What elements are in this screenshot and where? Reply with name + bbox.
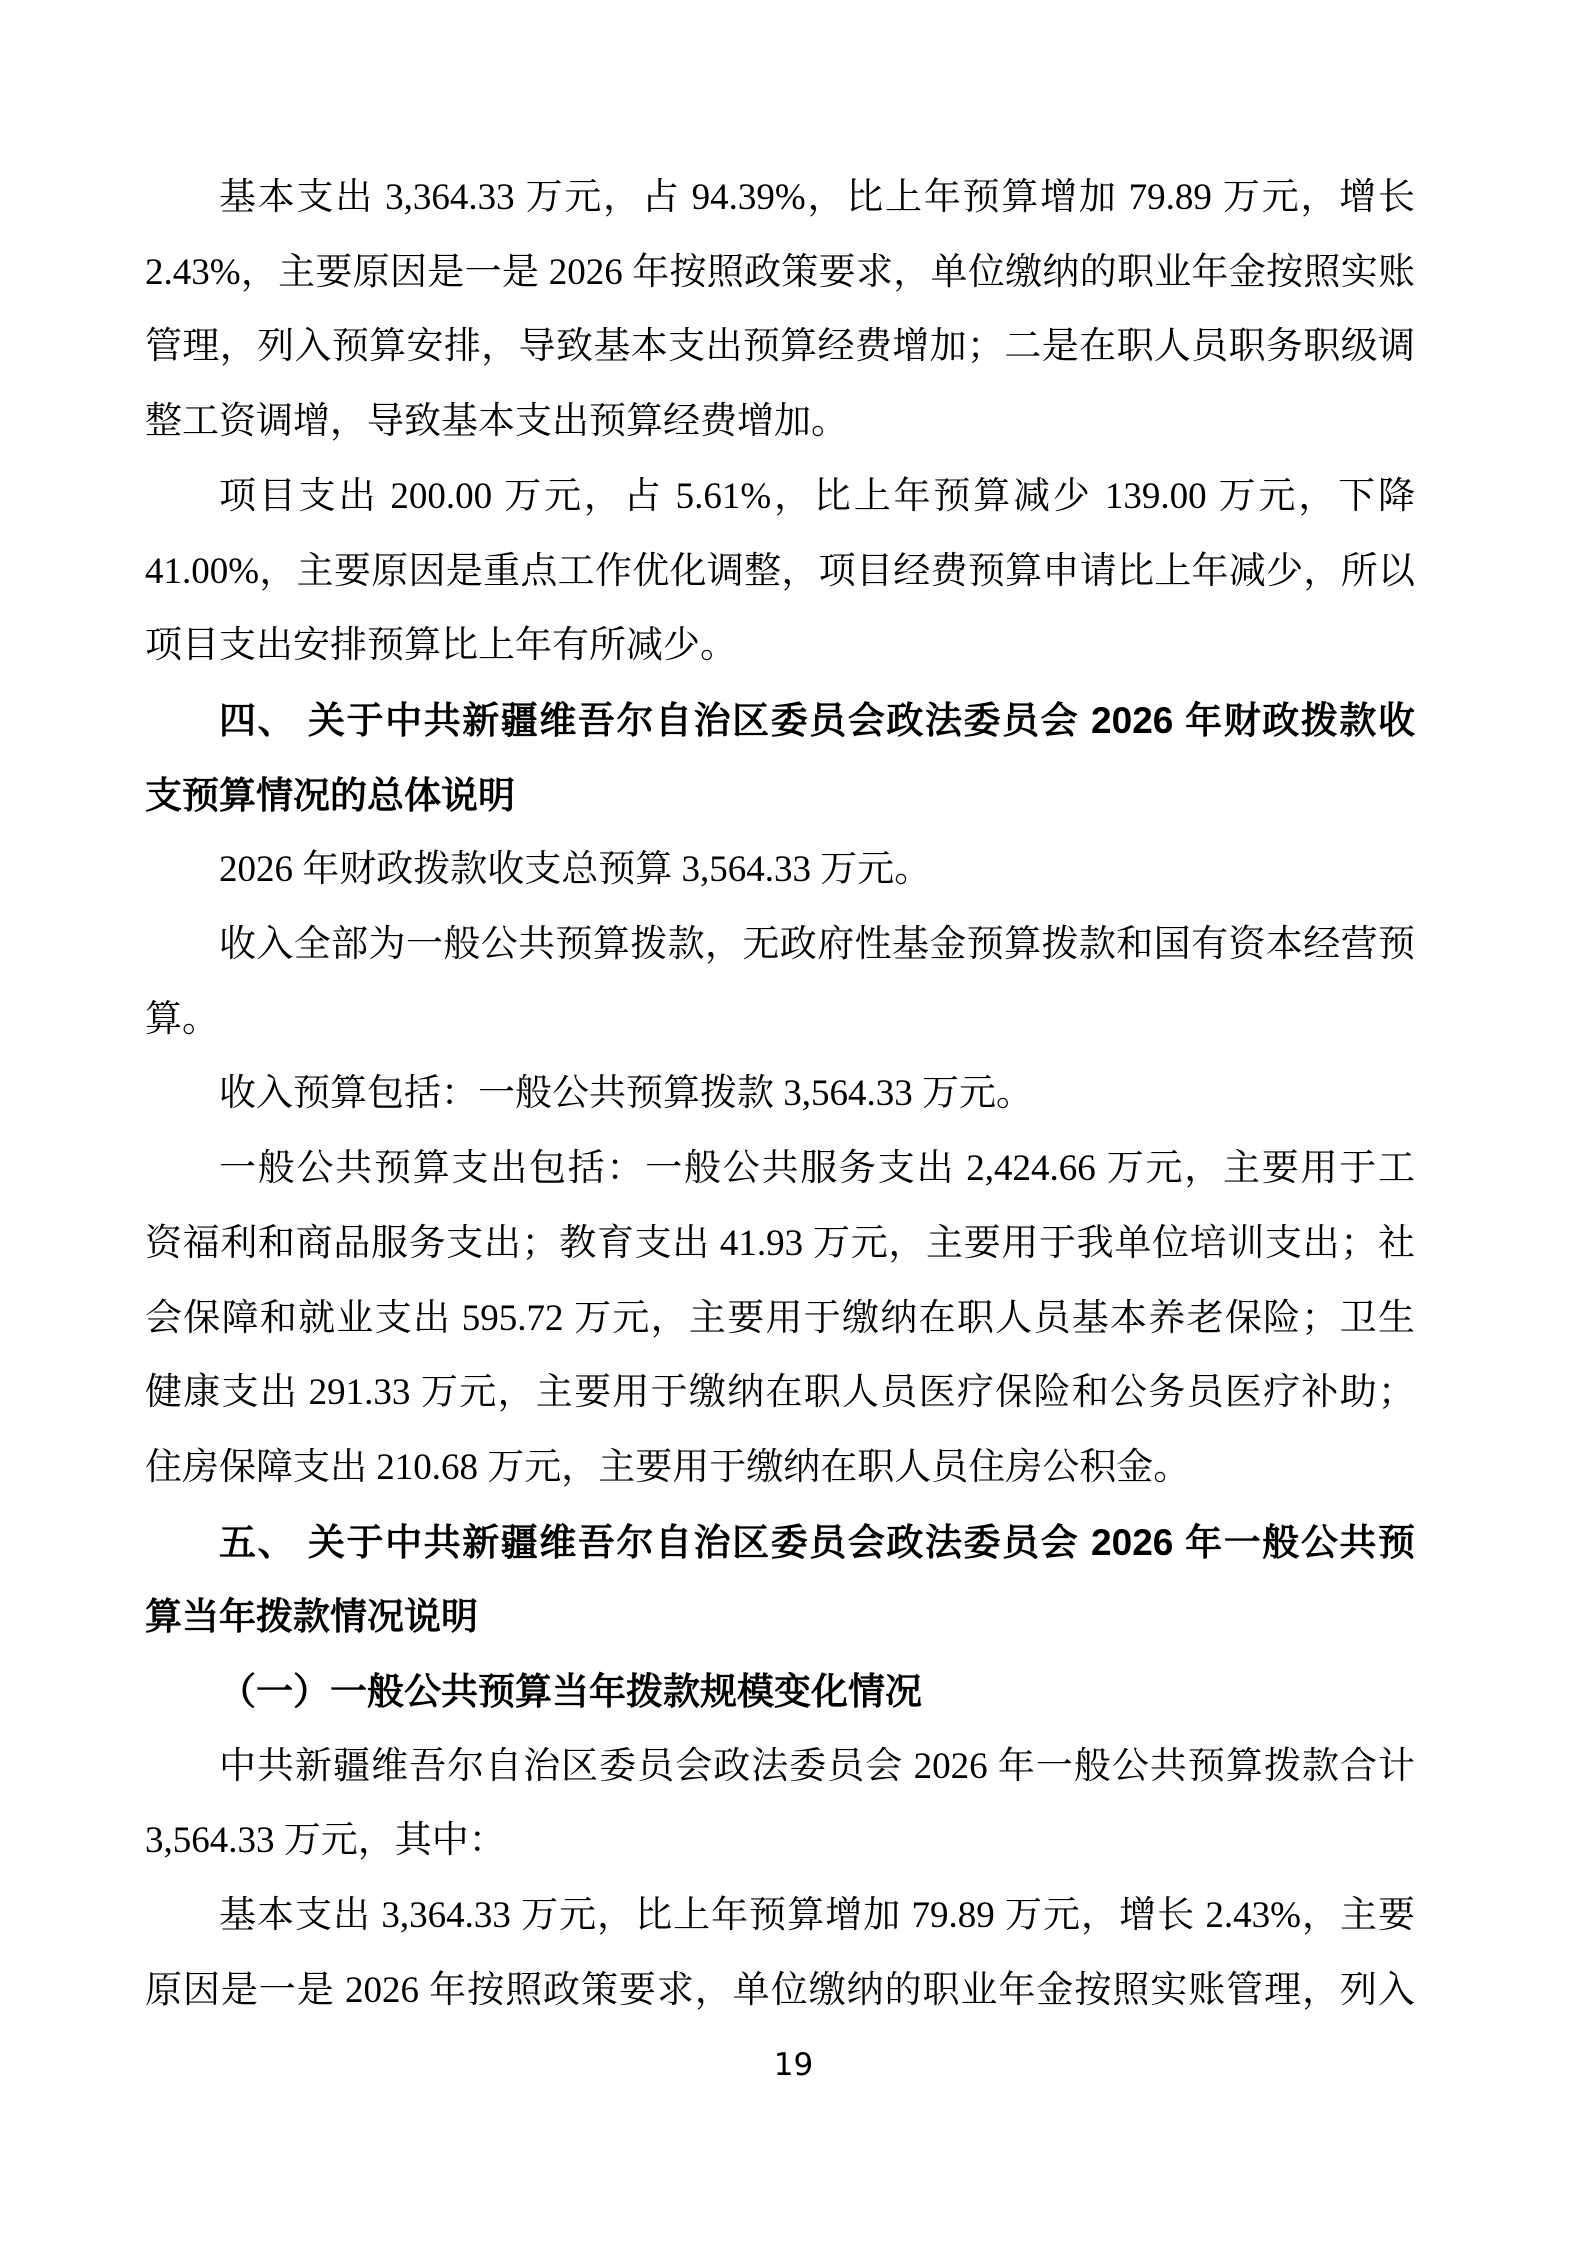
text-line: 一般公共预算支出包括：一般公共服务支出 2,424.66 万元，主要用于工 xyxy=(145,1132,1415,1207)
text-line: 健康支出 291.33 万元，主要用于缴纳在职人员医疗保险和公务员医疗补助； xyxy=(145,1356,1415,1431)
page-number: 19 xyxy=(0,2050,1587,2081)
heading-line: 算当年拨款情况说明 xyxy=(145,1580,1415,1655)
text-line: 基本支出 3,364.33 万元，比上年预算增加 79.89 万元，增长 2.4… xyxy=(145,1879,1415,1954)
text-block: 基本支出 3,364.33 万元，占 94.39%，比上年预算增加 79.89 … xyxy=(145,161,1415,2029)
document-page: 基本支出 3,364.33 万元，占 94.39%，比上年预算增加 79.89 … xyxy=(0,0,1587,2245)
heading-line: （一）一般公共预算当年拨款规模变化情况 xyxy=(145,1655,1415,1730)
text-line: 2026 年财政拨款收支总预算 3,564.33 万元。 xyxy=(145,833,1415,908)
text-line: 中共新疆维吾尔自治区委员会政法委员会 2026 年一般公共预算拨款合计 xyxy=(145,1730,1415,1805)
text-line: 算。 xyxy=(145,983,1415,1058)
text-line: 收入预算包括：一般公共预算拨款 3,564.33 万元。 xyxy=(145,1057,1415,1132)
heading-line: 支预算情况的总体说明 xyxy=(145,759,1415,834)
text-line: 整工资调增，导致基本支出预算经费增加。 xyxy=(145,385,1415,460)
text-line: 项目支出安排预算比上年有所减少。 xyxy=(145,609,1415,684)
text-line: 3,564.33 万元，其中： xyxy=(145,1804,1415,1879)
text-line: 资福利和商品服务支出；教育支出 41.93 万元，主要用于我单位培训支出；社 xyxy=(145,1207,1415,1282)
heading-line: 四、 关于中共新疆维吾尔自治区委员会政法委员会 2026 年财政拨款收 xyxy=(145,684,1415,759)
text-line: 管理，列入预算安排，导致基本支出预算经费增加；二是在职人员职务职级调 xyxy=(145,310,1415,385)
text-line: 41.00%，主要原因是重点工作优化调整，项目经费预算申请比上年减少，所以 xyxy=(145,535,1415,610)
heading-line: 五、 关于中共新疆维吾尔自治区委员会政法委员会 2026 年一般公共预 xyxy=(145,1506,1415,1581)
text-line: 收入全部为一般公共预算拨款，无政府性基金预算拨款和国有资本经营预 xyxy=(145,908,1415,983)
text-line: 原因是一是 2026 年按照政策要求，单位缴纳的职业年金按照实账管理，列入 xyxy=(145,1954,1415,2029)
text-line: 2.43%，主要原因是一是 2026 年按照政策要求，单位缴纳的职业年金按照实账 xyxy=(145,236,1415,311)
text-line: 住房保障支出 210.68 万元，主要用于缴纳在职人员住房公积金。 xyxy=(145,1431,1415,1506)
text-line: 项目支出 200.00 万元，占 5.61%，比上年预算减少 139.00 万元… xyxy=(145,460,1415,535)
text-line: 基本支出 3,364.33 万元，占 94.39%，比上年预算增加 79.89 … xyxy=(145,161,1415,236)
text-line: 会保障和就业支出 595.72 万元，主要用于缴纳在职人员基本养老保险；卫生 xyxy=(145,1282,1415,1357)
